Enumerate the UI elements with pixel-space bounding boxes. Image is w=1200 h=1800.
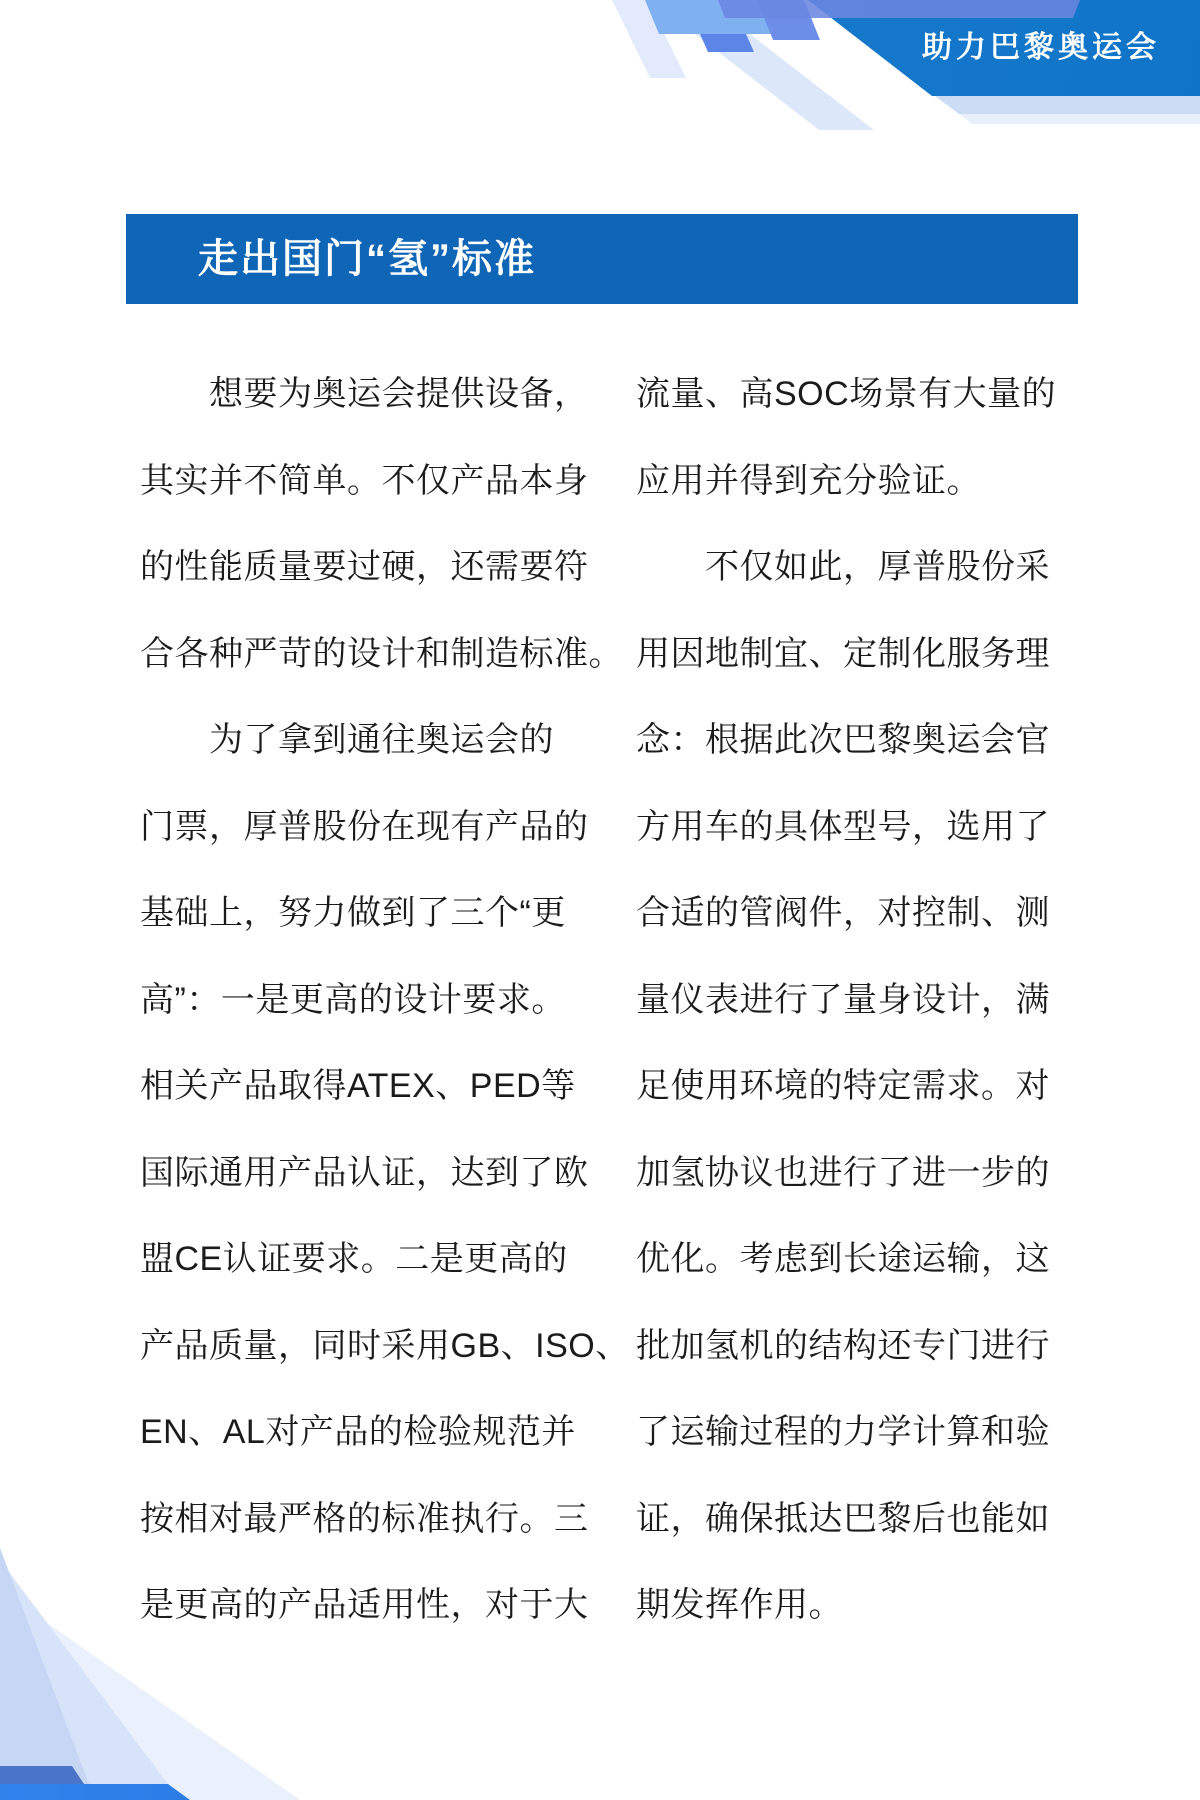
magazine-page: 助力巴黎奥运会 走出国门“氢”标准 想要为奥运会提供设备，其实并不简单。不仅产品…: [0, 0, 1200, 1800]
text-line: 产品质量，同时采用GB、ISO、: [140, 1303, 630, 1390]
text-line: 门票，厚普股份在现有产品的: [140, 784, 630, 871]
text-line: EN、AL对产品的检验规范并: [140, 1389, 630, 1476]
section-title: 走出国门“氢”标准: [198, 214, 1078, 304]
text-line: 盟CE认证要求。二是更高的: [140, 1216, 630, 1303]
text-line: 用因地制宜、定制化服务理: [636, 611, 1056, 698]
section-title-banner: 走出国门“氢”标准: [126, 214, 1078, 304]
text-line: 国际通用产品认证，达到了欧: [140, 1130, 630, 1217]
text-line: 足使用环境的特定需求。对: [636, 1043, 1056, 1130]
header-tagline: 助力巴黎奥运会: [922, 0, 1160, 96]
text-line: 念：根据此次巴黎奥运会官: [636, 697, 1056, 784]
text-line: 应用并得到充分验证。: [636, 438, 1056, 525]
text-line: 基础上，努力做到了三个“更: [140, 870, 630, 957]
bottom-decoration: [0, 1540, 420, 1800]
text-line: 优化。考虑到长途运输，这: [636, 1216, 1056, 1303]
text-line: 了运输过程的力学计算和验: [636, 1389, 1056, 1476]
text-line: 量仪表进行了量身设计，满: [636, 957, 1056, 1044]
right-column: 流量、高SOC场景有大量的应用并得到充分验证。 不仅如此，厚普股份采用因地制宜、…: [636, 351, 1056, 1649]
text-line: 不仅如此，厚普股份采: [636, 524, 1056, 611]
text-line: 合各种严苛的设计和制造标准。: [140, 611, 630, 698]
text-line: 想要为奥运会提供设备，: [140, 351, 630, 438]
text-line: 合适的管阀件，对控制、测: [636, 870, 1056, 957]
text-line: 批加氢机的结构还专门进行: [636, 1303, 1056, 1390]
text-line: 期发挥作用。: [636, 1562, 1056, 1649]
text-line: 的性能质量要过硬，还需要符: [140, 524, 630, 611]
text-line: 加氢协议也进行了进一步的: [636, 1130, 1056, 1217]
top-decoration: 助力巴黎奥运会: [0, 0, 1200, 130]
text-line: 为了拿到通往奥运会的: [140, 697, 630, 784]
text-line: 相关产品取得ATEX、PED等: [140, 1043, 630, 1130]
text-line: 流量、高SOC场景有大量的: [636, 351, 1056, 438]
left-column: 想要为奥运会提供设备，其实并不简单。不仅产品本身的性能质量要过硬，还需要符合各种…: [140, 351, 630, 1649]
text-line: 其实并不简单。不仅产品本身: [140, 438, 630, 525]
text-line: 方用车的具体型号，选用了: [636, 784, 1056, 871]
text-line: 高”：一是更高的设计要求。: [140, 957, 630, 1044]
text-line: 证，确保抵达巴黎后也能如: [636, 1476, 1056, 1563]
